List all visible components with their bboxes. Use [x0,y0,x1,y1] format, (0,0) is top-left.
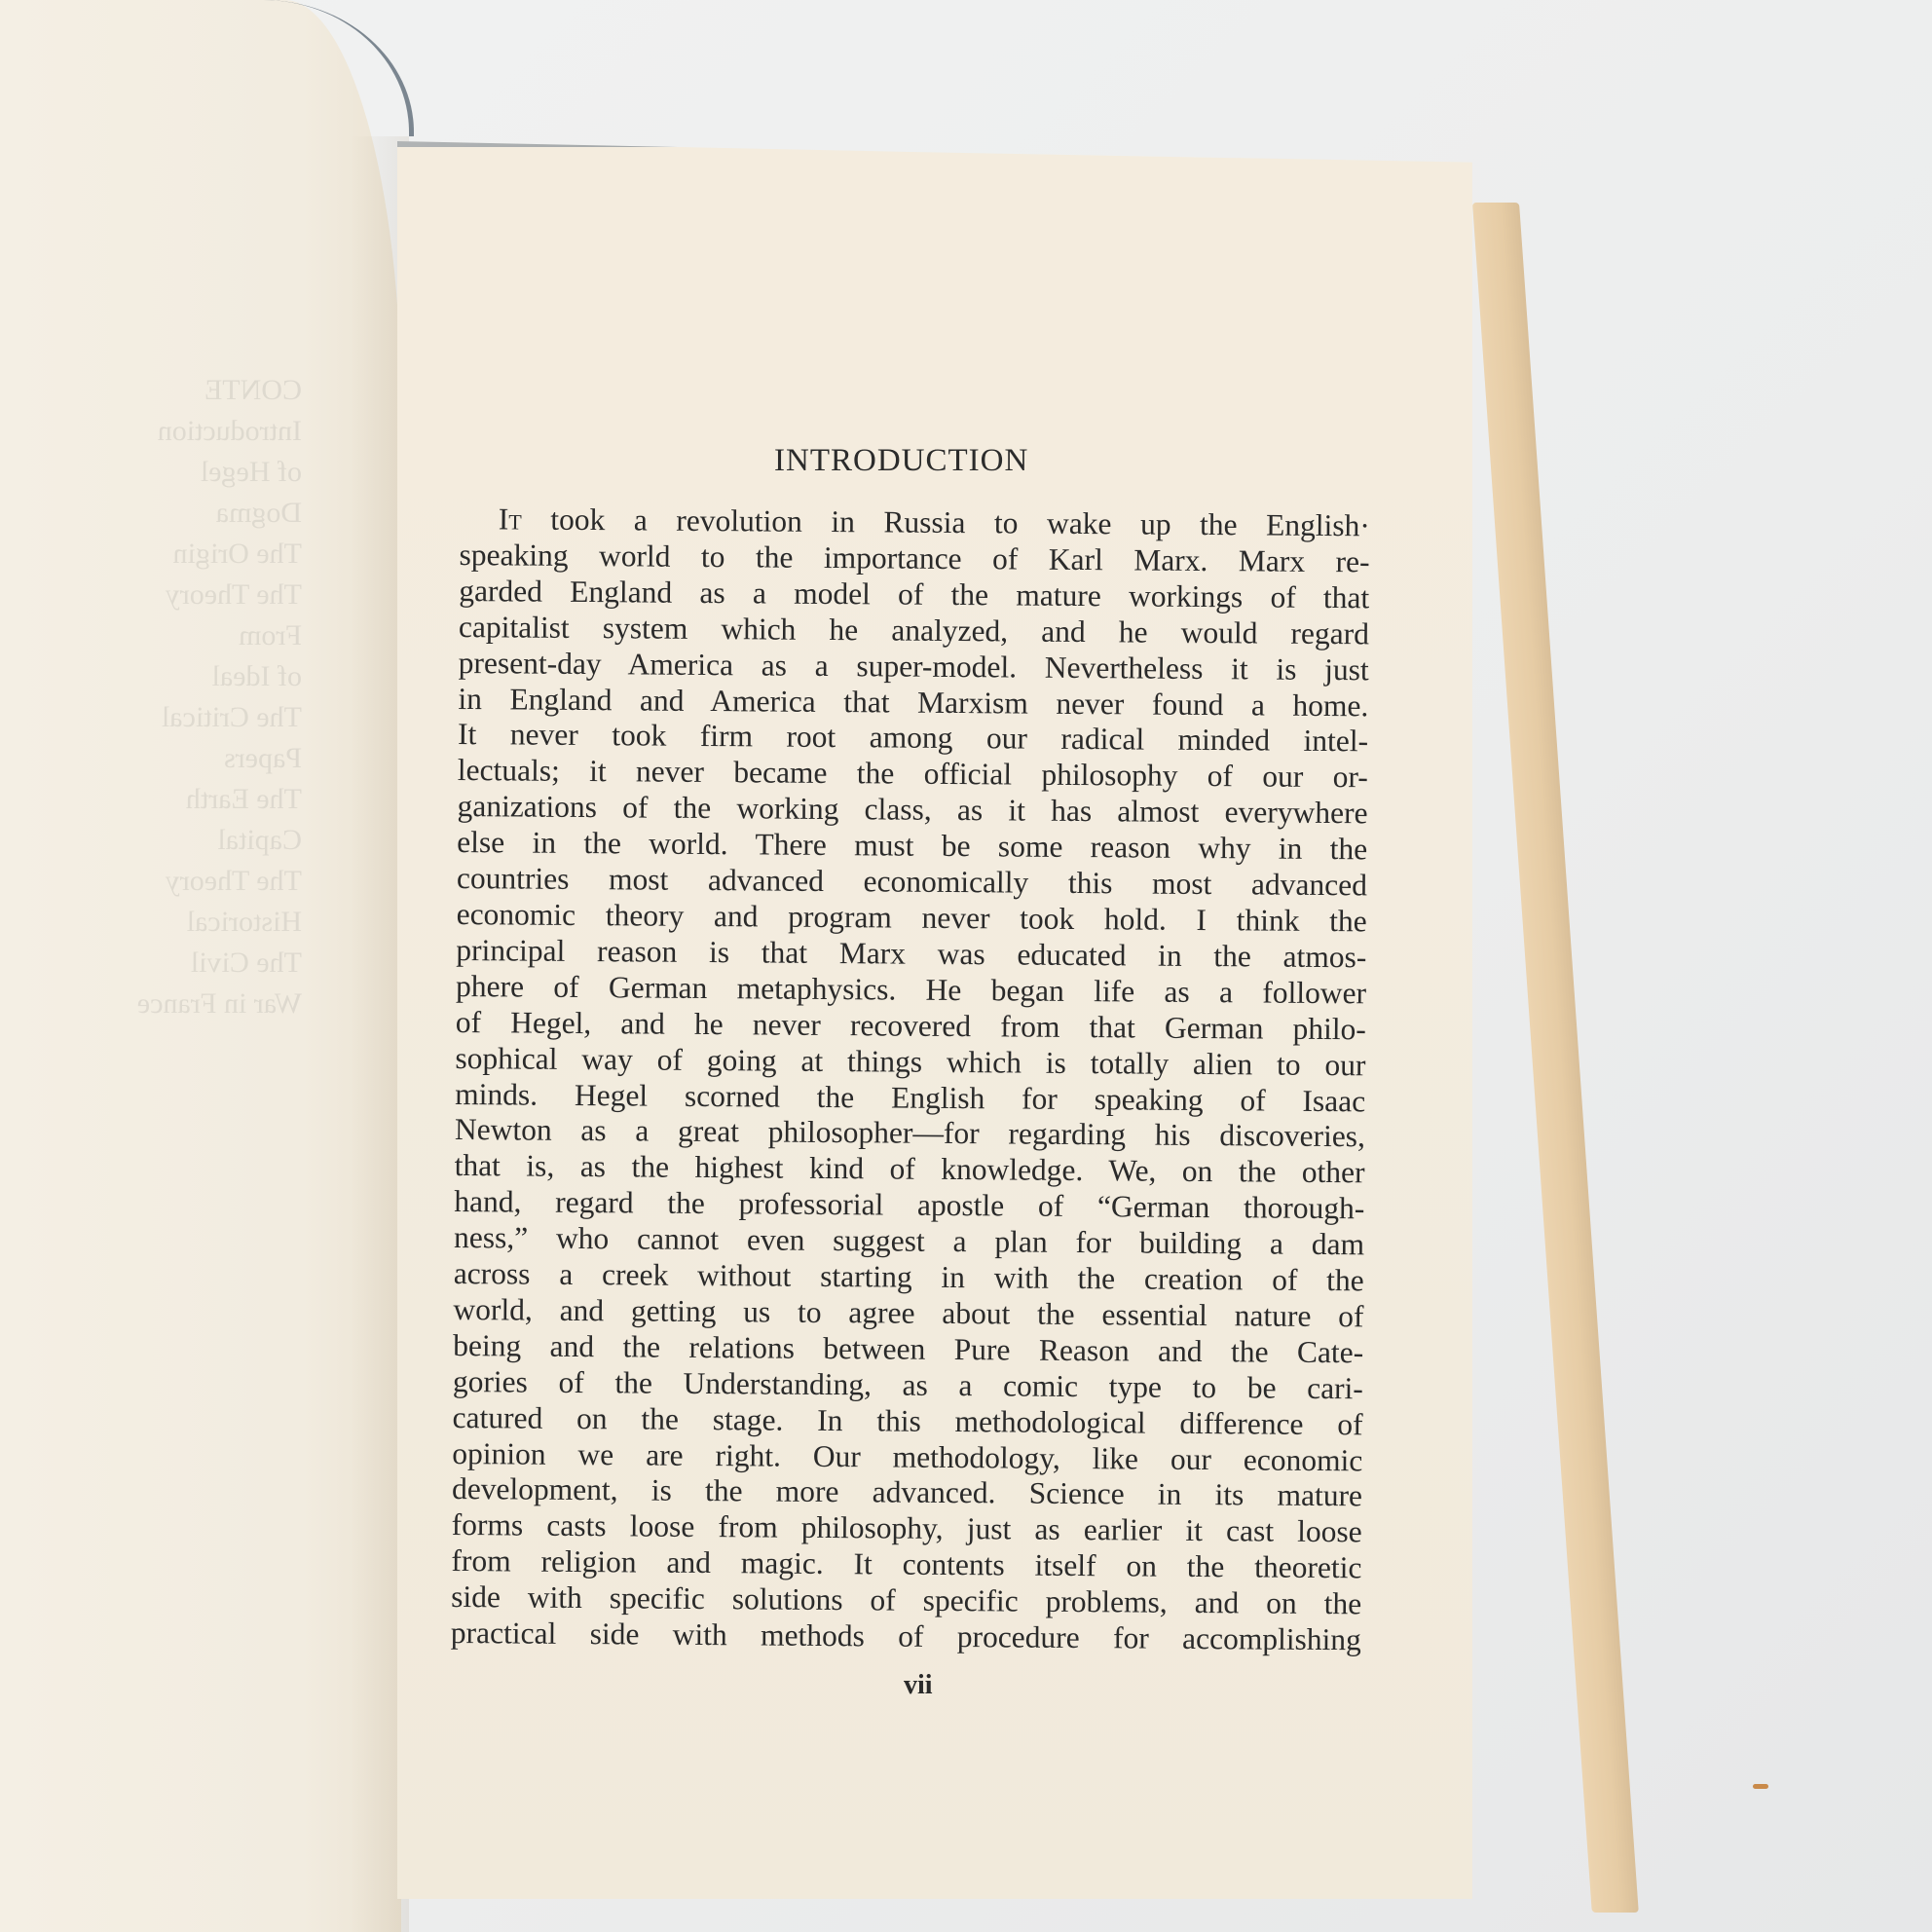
left-page-show-through-text: CONTE Introduction of Hegel Dogma The Or… [136,370,302,1024]
page-number: vii [904,1670,933,1701]
drop-word: It [499,502,522,536]
text-line: practical side with methods of procedure… [451,1616,1361,1658]
paper-speck [1753,1784,1768,1789]
book-cover-edge [1472,203,1639,1913]
body-text: It took a revolution in Russia to wake u… [451,502,1370,1658]
chapter-heading: INTRODUCTION [774,443,1028,479]
left-page-cover-edge [263,0,414,136]
